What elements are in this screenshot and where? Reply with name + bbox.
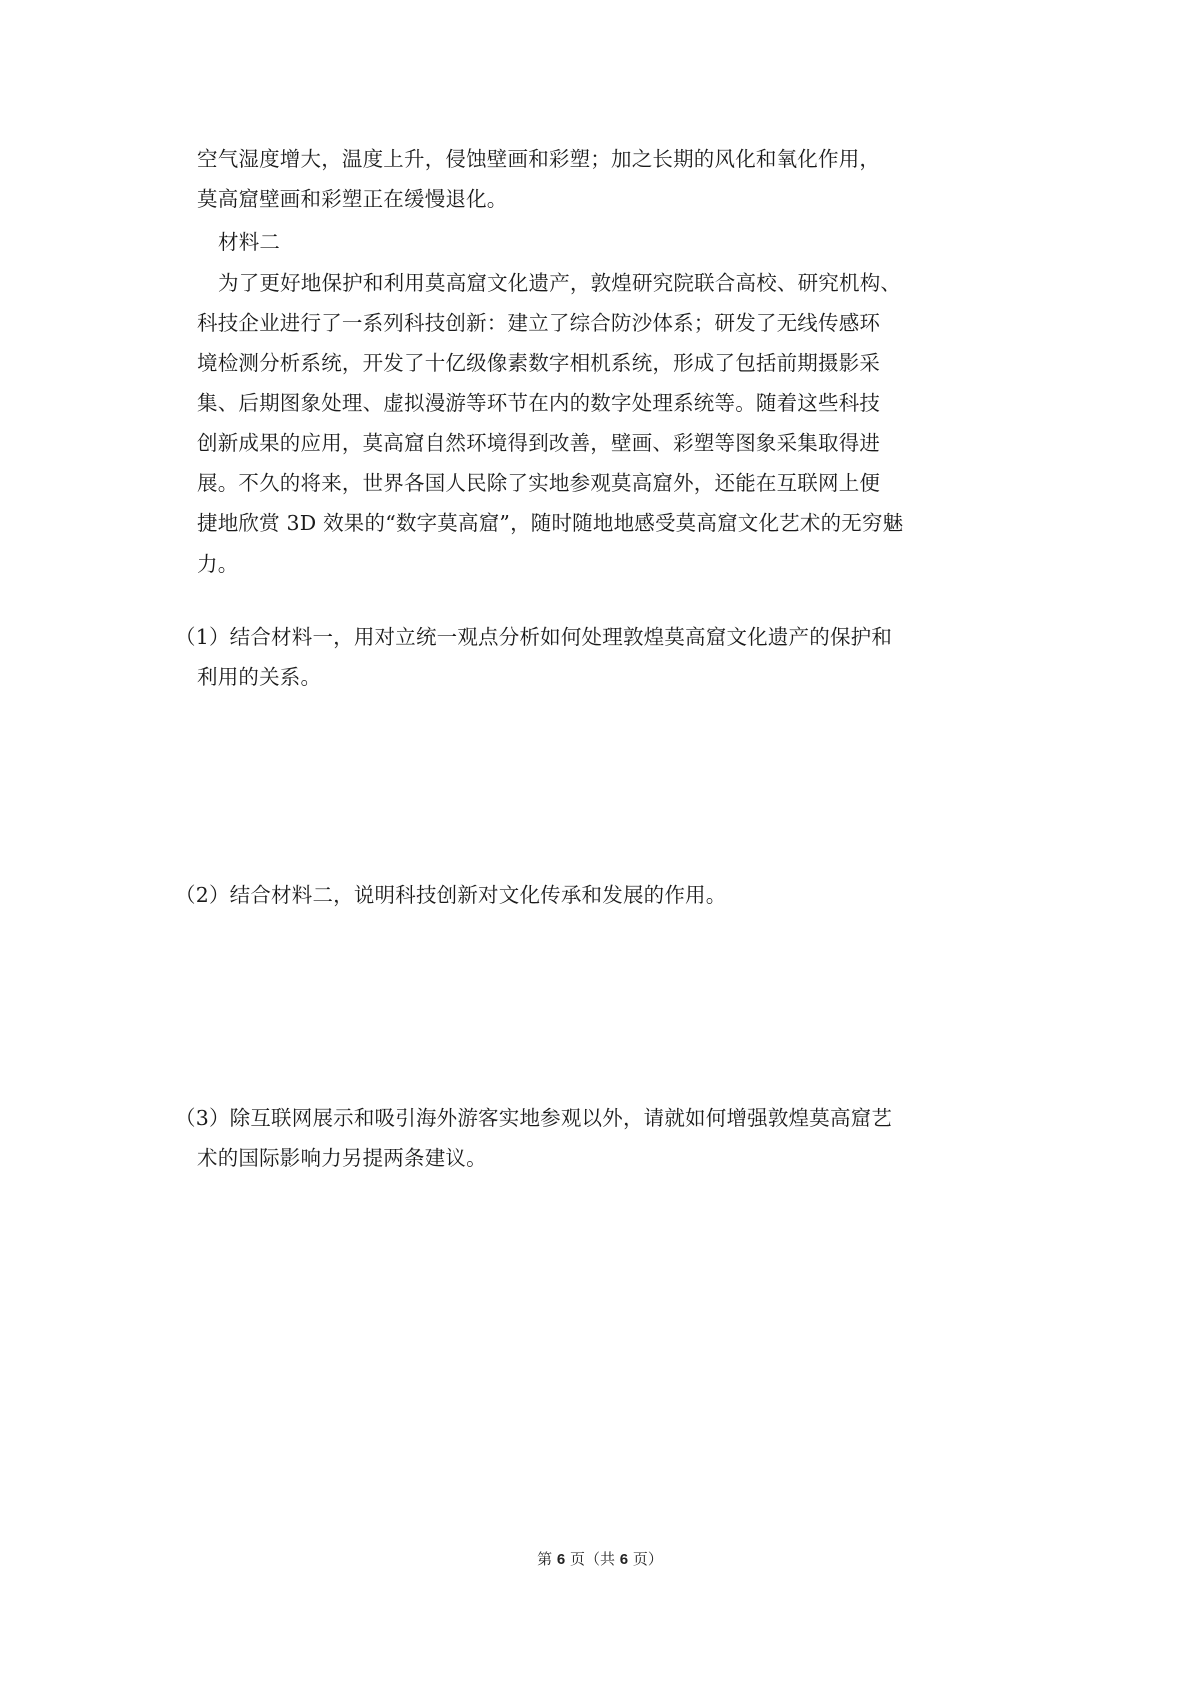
material2-line-2: 科技企业进行了一系列科技创新：建立了综合防沙体系；研发了无线传感环 [197, 310, 880, 336]
material2-line-5: 创新成果的应用，莫高窟自然环境得到改善，壁画、彩塑等图象采集取得进 [197, 430, 880, 456]
page-footer: 第 6 页（共 6 页） [0, 1548, 1200, 1569]
question-1-line-2: 利用的关系。 [197, 664, 321, 690]
continuation-line-2: 莫高窟壁画和彩塑正在缓慢退化。 [197, 186, 508, 212]
footer-prefix: 第 [537, 1550, 557, 1568]
material2-line-1: 为了更好地保护和利用莫高窟文化遗产，敦煌研究院联合高校、研究机构、 [218, 270, 901, 296]
continuation-line-1: 空气湿度增大，温度上升，侵蚀壁画和彩塑；加之长期的风化和氧化作用， [197, 146, 880, 172]
material2-heading: 材料二 [218, 229, 280, 255]
footer-middle: 页（共 [565, 1550, 620, 1568]
question-2-line-1: （2）结合材料二，说明科技创新对文化传承和发展的作用。 [175, 882, 726, 908]
question-3-line-1: （3）除互联网展示和吸引海外游客实地参观以外，请就如何增强敦煌莫高窟艺 [175, 1105, 892, 1131]
footer-suffix: 页） [628, 1550, 663, 1568]
material2-line-8: 力。 [197, 551, 238, 577]
material2-line-7: 捷地欣赏 3D 效果的“数字莫高窟”，随时随地地感受莫高窟文化艺术的无穷魅 [197, 510, 903, 536]
footer-total-pages: 6 [620, 1551, 628, 1568]
question-3-line-2: 术的国际影响力另提两条建议。 [197, 1145, 487, 1171]
question-1-line-1: （1）结合材料一，用对立统一观点分析如何处理敦煌莫高窟文化遗产的保护和 [175, 624, 892, 650]
footer-page-number: 6 [557, 1551, 565, 1568]
material2-line-6: 展。不久的将来，世界各国人民除了实地参观莫高窟外，还能在互联网上便 [197, 470, 880, 496]
document-page: 空气湿度增大，温度上升，侵蚀壁画和彩塑；加之长期的风化和氧化作用， 莫高窟壁画和… [0, 0, 1200, 1698]
material2-line-4: 集、后期图象处理、虚拟漫游等环节在内的数字处理系统等。随着这些科技 [197, 390, 880, 416]
material2-line-3: 境检测分析系统，开发了十亿级像素数字相机系统，形成了包括前期摄影采 [197, 350, 880, 376]
